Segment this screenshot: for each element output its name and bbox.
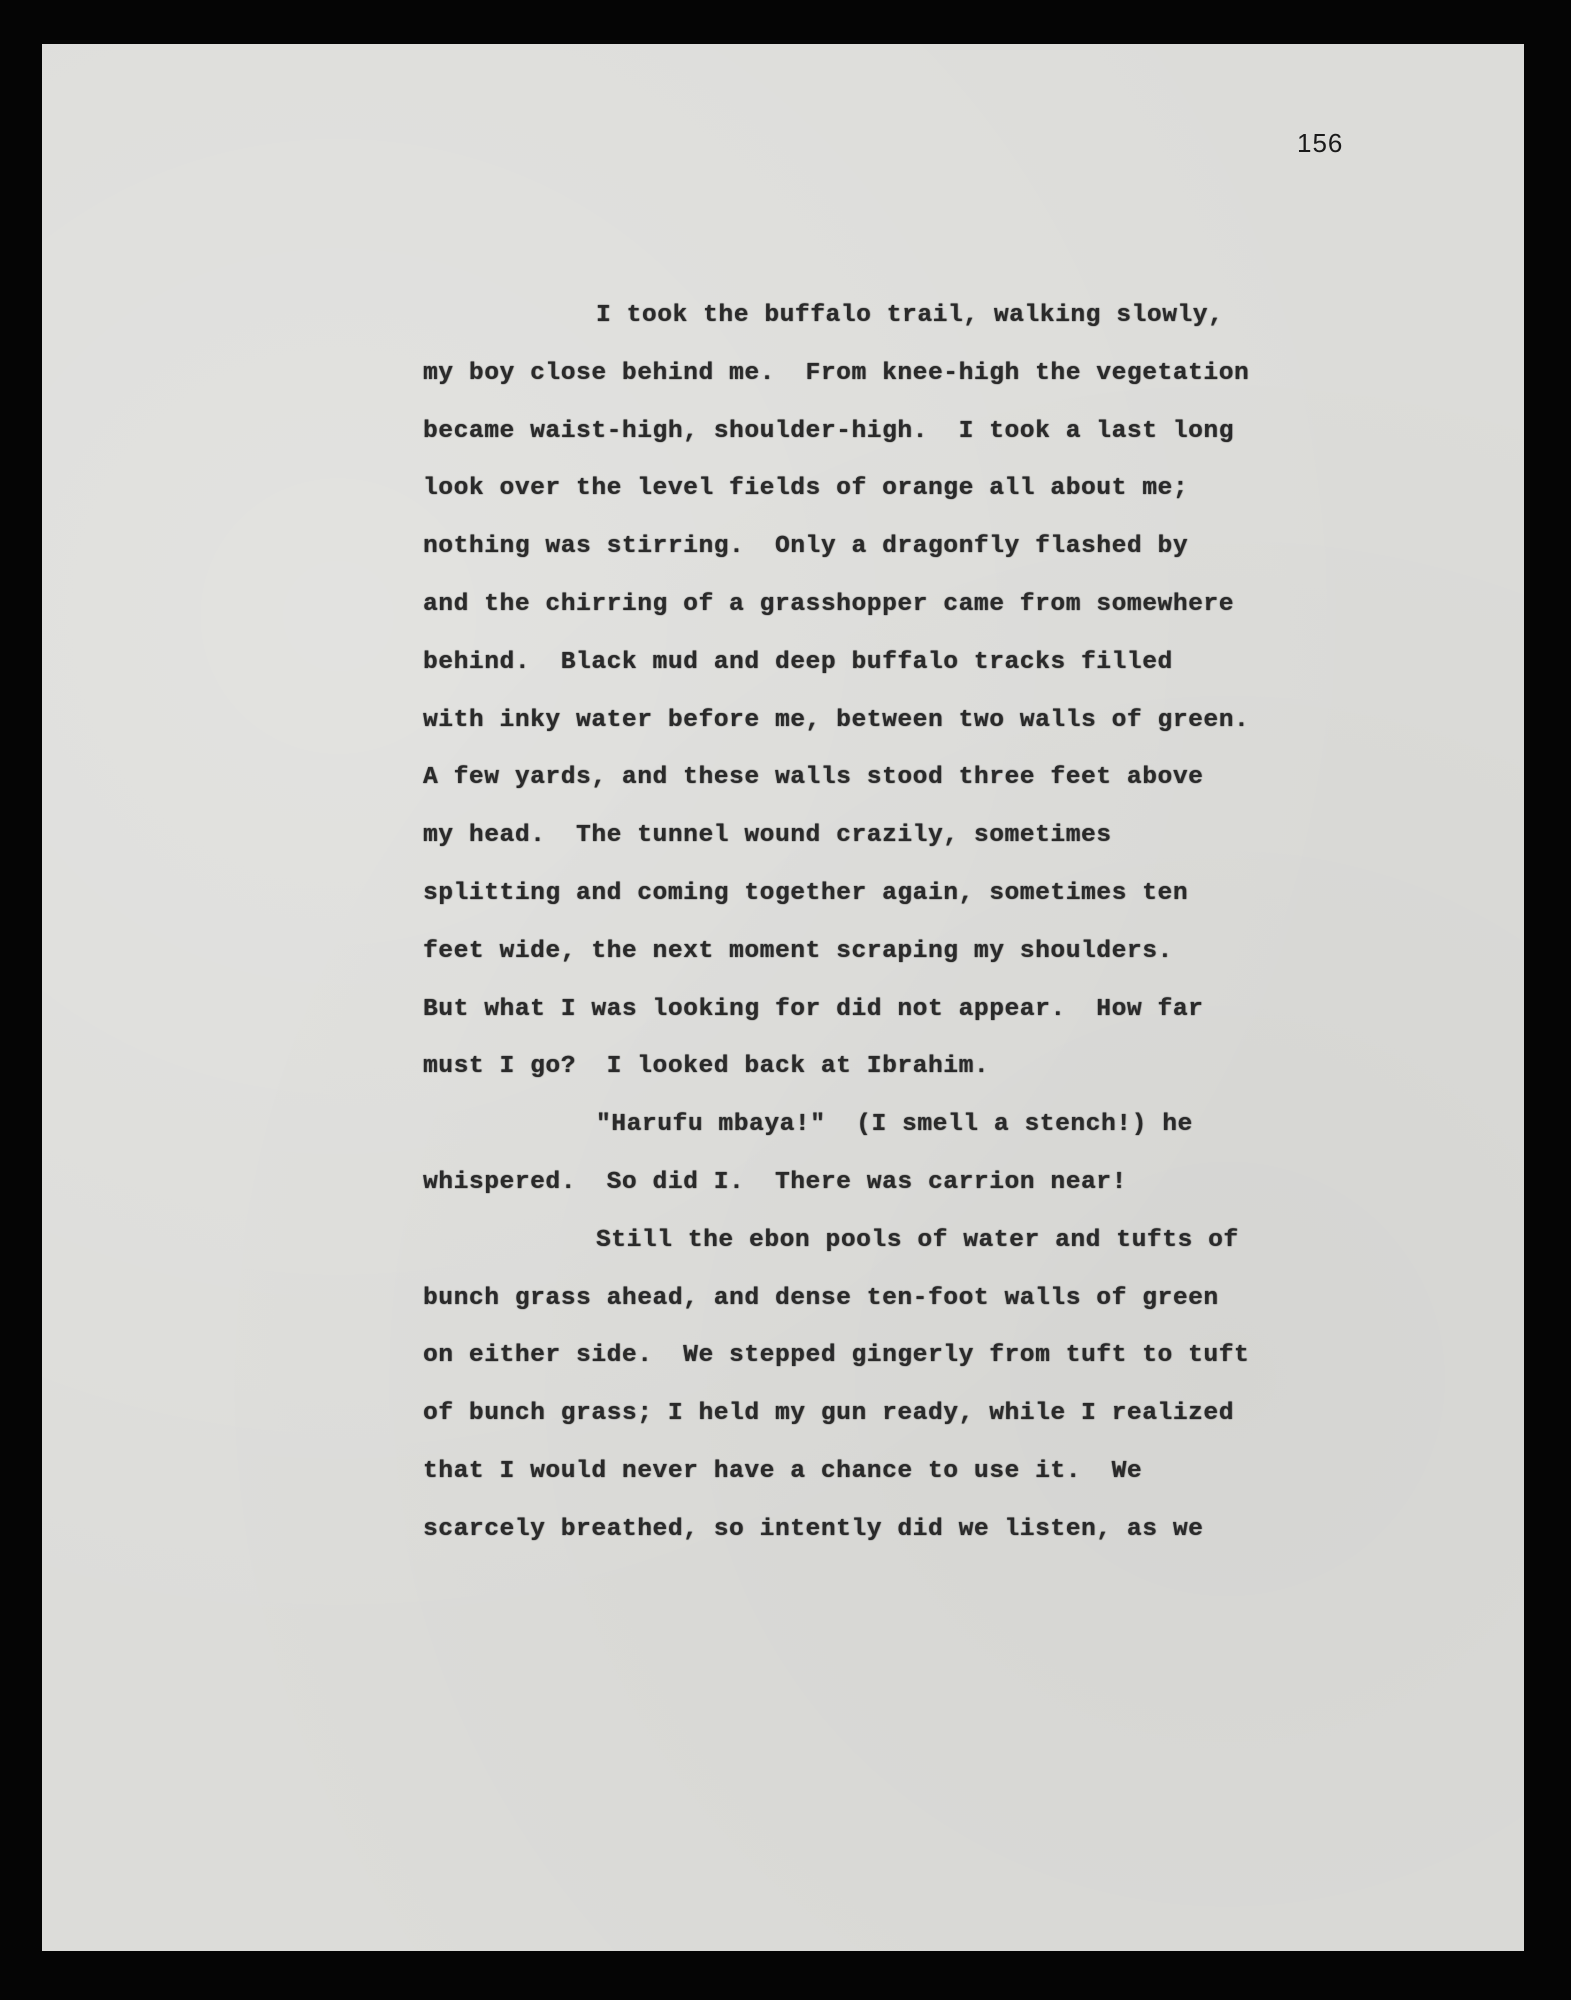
text-line: whispered. So did I. There was carrion n…	[423, 1163, 1423, 1221]
text-line: and the chirring of a grasshopper came f…	[423, 585, 1423, 643]
text-line: my boy close behind me. From knee-high t…	[423, 354, 1423, 412]
text-line: "Harufu mbaya!" (I smell a stench!) he	[423, 1105, 1423, 1163]
text-line: I took the buffalo trail, walking slowly…	[423, 296, 1423, 354]
text-line: feet wide, the next moment scraping my s…	[423, 932, 1423, 990]
text-line: on either side. We stepped gingerly from…	[423, 1336, 1423, 1394]
text-line: behind. Black mud and deep buffalo track…	[423, 643, 1423, 701]
typewritten-page: 156 I took the buffalo trail, walking sl…	[42, 44, 1524, 1951]
text-line: nothing was stirring. Only a dragonfly f…	[423, 527, 1423, 585]
text-line: scarcely breathed, so intently did we li…	[423, 1510, 1423, 1568]
text-line: became waist-high, shoulder-high. I took…	[423, 412, 1423, 470]
text-line: But what I was looking for did not appea…	[423, 990, 1423, 1048]
text-line: splitting and coming together again, som…	[423, 874, 1423, 932]
text-line: A few yards, and these walls stood three…	[423, 758, 1423, 816]
text-line: with inky water before me, between two w…	[423, 701, 1423, 759]
text-line: of bunch grass; I held my gun ready, whi…	[423, 1394, 1423, 1452]
page-number: 156	[1297, 128, 1343, 159]
text-line: that I would never have a chance to use …	[423, 1452, 1423, 1510]
text-line: look over the level fields of orange all…	[423, 469, 1423, 527]
text-line: must I go? I looked back at Ibrahim.	[423, 1047, 1423, 1105]
text-line: Still the ebon pools of water and tufts …	[423, 1221, 1423, 1279]
text-line: my head. The tunnel wound crazily, somet…	[423, 816, 1423, 874]
body-text: I took the buffalo trail, walking slowly…	[423, 296, 1423, 1568]
text-line: bunch grass ahead, and dense ten-foot wa…	[423, 1279, 1423, 1337]
